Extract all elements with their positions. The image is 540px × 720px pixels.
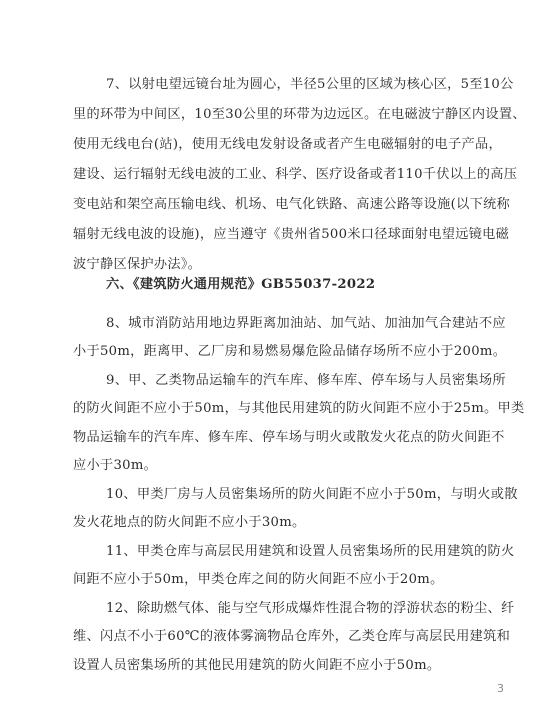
text-line: 发火花地点的防火间距不应小于30m。 bbox=[73, 515, 306, 531]
text-line: 使用无线电台(站)，使用无线电发射设备或者产生电磁辐射的电子产品， bbox=[73, 137, 502, 153]
page-number: 3 bbox=[497, 682, 504, 695]
text-line: 维、闪点不小于60℃的液体雾滴物品仓库外，乙类仓库与高层民用建筑和 bbox=[73, 629, 510, 645]
text-line: 物品运输车的汽车库、修车库、停车场与明火或散发火花点的防火间距不 bbox=[73, 430, 505, 446]
text-line: 小于50m，距离甲、乙厂房和易燃易爆危险品储存场所不应小于200m。 bbox=[73, 344, 506, 360]
text-line: 应小于30m。 bbox=[73, 458, 157, 474]
text-line: 间距不应小于50m，甲类仓库之间的防火间距不应小于20m。 bbox=[73, 572, 444, 588]
section-heading: 六、《建筑防火通用规范》GB55037-2022 bbox=[106, 277, 375, 293]
text-line: 8、城市消防站用地边界距离加油站、加气站、加油加气合建站不应 bbox=[106, 316, 506, 332]
text-line: 的防火间距不应小于50m，与其他民用建筑的防火间距不应小于25m。甲类 bbox=[73, 401, 525, 417]
text-line: 12、除助燃气体、能与空气形成爆炸性混合物的浮游状态的粉尘、纤 bbox=[106, 601, 515, 617]
text-line: 设置人员密集场所的其他民用建筑的防火间距不应小于50m。 bbox=[73, 658, 440, 674]
text-line: 变电站和架空高压输电线、机场、电气化铁路、高速公路等设施(以下统称 bbox=[73, 197, 510, 213]
text-line: 波宁静区保护办法》。 bbox=[73, 257, 201, 273]
text-line: 11、甲类仓库与高层民用建筑和设置人员密集场所的民用建筑的防火 bbox=[106, 544, 515, 560]
text-line: 建设、运行辐射无线电波的工业、科学、医疗设备或者110千伏以上的高压 bbox=[73, 167, 517, 183]
text-line: 里的环带为中间区，10至30公里的环带为边远区。在电磁波宁静区内设置、 bbox=[73, 107, 526, 123]
text-line: 9、甲、乙类物品运输车的汽车库、修车库、停车场与人员密集场所 bbox=[106, 373, 506, 389]
text-line: 10、甲类厂房与人员密集场所的防火间距不应小于50m，与明火或散 bbox=[106, 487, 518, 503]
text-line: 辐射无线电波的设施)，应当遵守《贵州省500米口径球面射电望远镜电磁 bbox=[73, 227, 509, 243]
text-line: 7、以射电望远镜台址为圆心，半径5公里的区域为核心区，5至10公 bbox=[106, 77, 514, 93]
